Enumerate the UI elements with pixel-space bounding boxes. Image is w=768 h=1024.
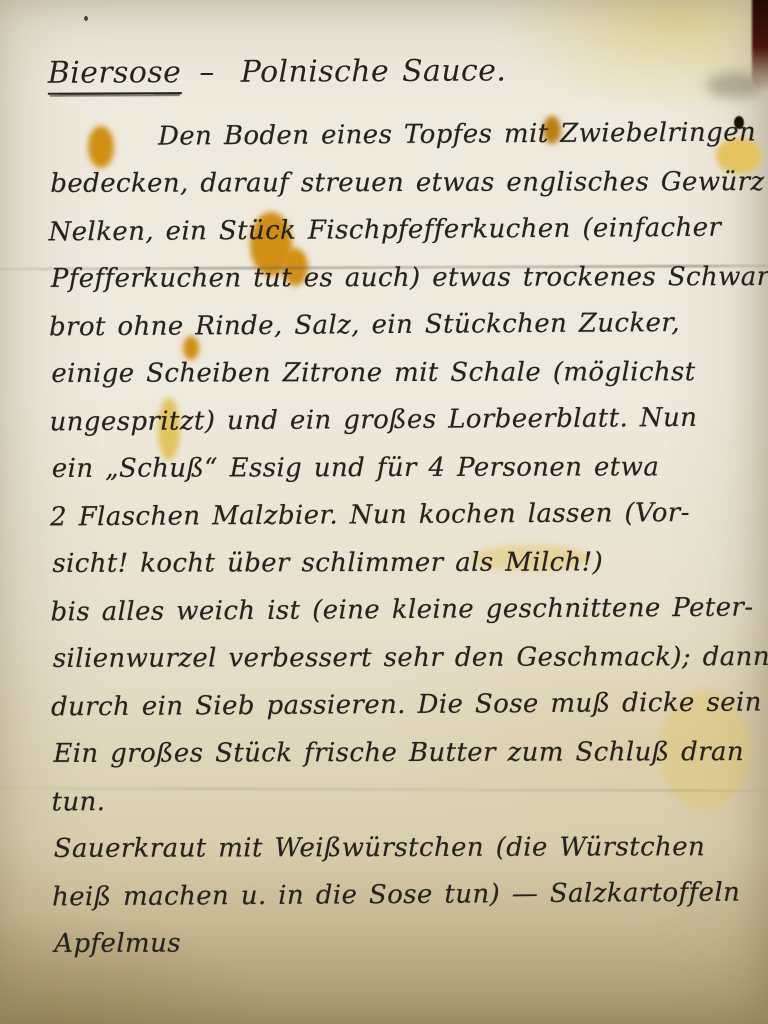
handwritten-line: bedecken, darauf streuen etwas englische… — [50, 159, 740, 208]
handwritten-line: Ein großes Stück frische Butter zum Schl… — [53, 729, 743, 778]
photo-of-handwritten-recipe: Biersose–Polnische Sauce. Den Boden eine… — [0, 0, 768, 1024]
recipe-text: Biersose–Polnische Sauce. Den Boden eine… — [48, 44, 743, 969]
recipe-title: Biersose–Polnische Sauce. — [48, 44, 738, 100]
handwritten-line: ein „Schuß“ Essig und für 4 Personen etw… — [52, 444, 742, 493]
handwritten-line: tun. — [51, 775, 741, 827]
title-dash: – — [181, 55, 241, 90]
handwritten-line: silienwurzel verbessert sehr den Geschma… — [53, 634, 743, 683]
handwritten-line: bis alles weich ist (eine kleine geschni… — [50, 585, 740, 637]
handwritten-line: Sauerkraut mit Weißwürstchen (die Würstc… — [54, 824, 744, 873]
handwritten-line: heiß machen u. in die Sose tun) — Salzka… — [52, 870, 742, 922]
recipe-title-keyword: Biersose — [48, 55, 182, 95]
handwritten-line: sicht! kocht über schlimmer als Milch!) — [52, 539, 742, 588]
handwritten-line: einige Scheiben Zitrone mit Schale (mögl… — [51, 349, 741, 398]
handwritten-line: Pfefferkuchen tut es auch) etwas trocken… — [51, 254, 741, 303]
handwritten-line: Nelken, ein Stück Fischpfefferkuchen (ei… — [48, 205, 738, 257]
handwritten-line: ungespritzt) und ein großes Lorbeerblatt… — [49, 395, 739, 447]
paper-speck — [84, 16, 88, 21]
handwritten-line: Den Boden eines Topfes mit Zwiebelringen — [48, 110, 738, 162]
handwritten-line: Apfelmus — [54, 919, 744, 968]
recipe-title-subtitle: Polnische Sauce. — [241, 53, 507, 89]
handwritten-line: brot ohne Rinde, Salz, ein Stückchen Zuc… — [49, 300, 739, 352]
handwritten-line: durch ein Sieb passieren. Die Sose muß d… — [51, 680, 741, 732]
handwritten-line: 2 Flaschen Malzbier. Nun kochen lassen (… — [50, 490, 740, 542]
